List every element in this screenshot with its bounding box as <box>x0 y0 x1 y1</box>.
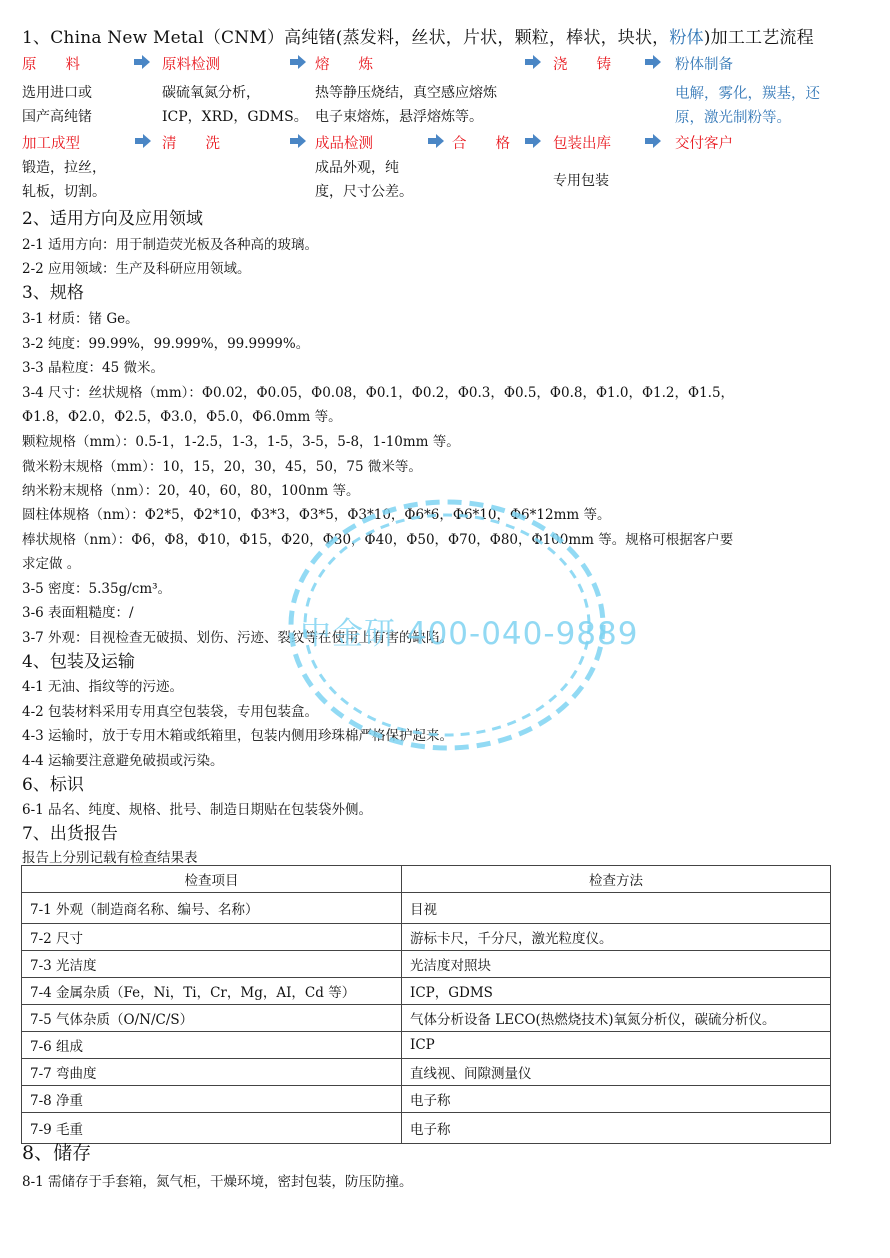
table-cell-method: 光洁度对照块 <box>402 951 831 978</box>
section-item: 6-1 品名、纯度、规格、批号、制造日期贴在包装袋外侧。 <box>22 798 372 818</box>
section-item: Φ1.8，Φ2.0，Φ2.5，Φ3.0，Φ5.0，Φ6.0mm 等。 <box>22 405 342 425</box>
table-cell-method: 电子称 <box>402 1086 831 1113</box>
table-row: 7-8 净重 电子称 <box>22 1086 831 1113</box>
section-item: 4-4 运输要注意避免破损或污染。 <box>22 749 224 769</box>
table-cell-item: 7-6 组成 <box>22 1032 402 1059</box>
section-item: 2-1 适用方向：用于制造荧光板及各种高的玻璃。 <box>22 233 318 253</box>
flow-desc: 度，尺寸公差。 <box>315 181 413 201</box>
section-item: 微米粉末规格（mm）：10，15，20，30，45，50，75 微米等。 <box>22 455 422 475</box>
flow-desc: 碳硫氧氮分析， <box>162 82 260 102</box>
column-header-item: 检查项目 <box>22 866 402 893</box>
table-row: 7-7 弯曲度 直线视、间隙测量仪 <box>22 1059 831 1086</box>
flow-step-packaging: 包装出库 <box>553 132 611 153</box>
right-arrow-icon <box>290 134 306 148</box>
title-highlight: 粉体 <box>669 28 703 48</box>
flow-step-final-inspection: 成品检测 <box>315 132 373 153</box>
right-arrow-icon <box>645 55 661 69</box>
section-item: 4-2 包装材料采用专用真空包装袋，专用包装盒。 <box>22 700 318 720</box>
table-cell-item: 7-1 外观（制造商名称、编号、名称） <box>22 893 402 924</box>
table-cell-method: 目视 <box>402 893 831 924</box>
flow-desc: 电子束熔炼，悬浮熔炼等。 <box>315 106 483 126</box>
right-arrow-icon <box>525 134 541 148</box>
section-heading: 4、包装及运输 <box>22 647 135 672</box>
table-row: 7-1 外观（制造商名称、编号、名称） 目视 <box>22 893 831 924</box>
section-item: 2-2 应用领域：生产及科研应用领域。 <box>22 257 251 277</box>
table-header-row: 检查项目 检查方法 <box>22 866 831 893</box>
section-item: 3-1 材质：锗 Ge。 <box>22 307 139 327</box>
right-arrow-icon <box>525 55 541 69</box>
flow-step-qualified: 合 格 <box>452 132 510 153</box>
document-title: 1、China New Metal（CNM）高纯锗(蒸发料，丝状，片状，颗粒，棒… <box>22 23 814 48</box>
report-intro: 报告上分别记载有检查结果表 <box>22 846 198 866</box>
section-heading: 6、标识 <box>22 770 84 795</box>
table-cell-item: 7-2 尺寸 <box>22 924 402 951</box>
flow-step-powder-prep: 粉体制备 <box>675 53 733 74</box>
flow-step-raw-inspection: 原料检测 <box>162 53 220 74</box>
table-cell-item: 7-4 金属杂质（Fe，Ni，Ti，Cr，Mg，AI，Cd 等） <box>22 978 402 1005</box>
section-item: 8-1 需储存于手套箱，氮气柜，干燥环境，密封包装，防压防撞。 <box>22 1170 413 1190</box>
right-arrow-icon <box>645 134 661 148</box>
table-row: 7-2 尺寸 游标卡尺，千分尺，激光粒度仪。 <box>22 924 831 951</box>
flow-desc: 锻造，拉丝， <box>22 157 106 177</box>
column-header-method: 检查方法 <box>402 866 831 893</box>
section-item: 3-2 纯度：99.99%，99.999%，99.9999%。 <box>22 332 309 352</box>
title-prefix: 1、China New Metal（CNM）高纯锗(蒸发料，丝状，片状，颗粒，棒… <box>22 28 669 48</box>
right-arrow-icon <box>135 134 151 148</box>
section-heading: 8、储存 <box>22 1138 91 1165</box>
flow-desc: 原，激光制粉等。 <box>675 106 791 127</box>
flow-desc: 轧板，切割。 <box>22 181 106 201</box>
table-cell-method: ICP <box>402 1032 831 1059</box>
table-cell-item: 7-7 弯曲度 <box>22 1059 402 1086</box>
table-row: 7-4 金属杂质（Fe，Ni，Ti，Cr，Mg，AI，Cd 等） ICP，GDM… <box>22 978 831 1005</box>
section-item: 求定做 。 <box>22 552 80 572</box>
flow-step-delivery: 交付客户 <box>675 132 733 153</box>
table-cell-item: 7-3 光洁度 <box>22 951 402 978</box>
section-item: 4-3 运输时，放于专用木箱或纸箱里，包装内侧用珍珠棉严格保护起来。 <box>22 724 453 744</box>
flow-desc: 专用包装 <box>553 170 609 190</box>
right-arrow-icon <box>134 55 150 69</box>
section-item: 圆柱体规格（nm）：Φ2*5，Φ2*10，Φ3*3，Φ3*5，Φ3*10，Φ6*… <box>22 503 610 523</box>
right-arrow-icon <box>428 134 444 148</box>
flow-desc: 国产高纯锗 <box>22 106 92 126</box>
flow-desc: 选用进口或 <box>22 82 92 102</box>
section-item: 4-1 无油、指纹等的污迹。 <box>22 675 183 695</box>
table-cell-item: 7-5 气体杂质（O/N/C/S） <box>22 1005 402 1032</box>
table-row: 7-6 组成 ICP <box>22 1032 831 1059</box>
flow-desc: ICP，XRD，GDMS。 <box>162 106 308 126</box>
flow-step-cleaning: 清 洗 <box>162 132 220 153</box>
section-item: 纳米粉末规格（nm）：20，40，60，80，100nm 等。 <box>22 479 360 499</box>
flow-desc: 成品外观，纯 <box>315 157 399 177</box>
table-cell-method: ICP，GDMS <box>402 978 831 1005</box>
section-item: 3-6 表面粗糙度：/ <box>22 601 134 621</box>
flow-step-raw-material: 原 料 <box>22 53 80 74</box>
table-cell-method: 电子称 <box>402 1113 831 1144</box>
section-heading: 3、规格 <box>22 278 84 303</box>
flow-desc: 热等静压烧结，真空感应熔炼 <box>315 82 497 102</box>
table-cell-method: 游标卡尺，千分尺，激光粒度仪。 <box>402 924 831 951</box>
section-item: 3-5 密度：5.35g/cm³。 <box>22 577 171 597</box>
right-arrow-icon <box>290 55 306 69</box>
section-heading: 2、适用方向及应用领域 <box>22 204 203 229</box>
table-row: 7-3 光洁度 光洁度对照块 <box>22 951 831 978</box>
section-heading: 7、出货报告 <box>22 819 118 844</box>
table-cell-method: 气体分析设备 LECO(热燃烧技术)氧氮分析仪，碳硫分析仪。 <box>402 1005 831 1032</box>
table-row: 7-5 气体杂质（O/N/C/S） 气体分析设备 LECO(热燃烧技术)氧氮分析… <box>22 1005 831 1032</box>
table-cell-method: 直线视、间隙测量仪 <box>402 1059 831 1086</box>
watermark-text: 中金研 400-040-9889 <box>300 608 638 653</box>
section-item: 3-3 晶粒度：45 微米。 <box>22 356 164 376</box>
flow-step-casting: 浇 铸 <box>553 53 611 74</box>
flow-step-forming: 加工成型 <box>22 132 80 153</box>
flow-step-smelting: 熔 炼 <box>315 53 373 74</box>
flow-desc: 电解，雾化，羰基，还 <box>675 82 820 103</box>
section-item: 颗粒规格（mm）：0.5-1，1-2.5，1-3，1-5，3-5，5-8，1-1… <box>22 430 460 450</box>
table-row: 7-9 毛重 电子称 <box>22 1113 831 1144</box>
section-item: 棒状规格（nm）：Φ6，Φ8，Φ10，Φ15，Φ20，Φ30，Φ40，Φ50，Φ… <box>22 528 733 548</box>
inspection-table: 检查项目 检查方法 7-1 外观（制造商名称、编号、名称） 目视 7-2 尺寸 … <box>21 865 831 1144</box>
section-item: 3-4 尺寸：丝状规格（mm）：Φ0.02，Φ0.05，Φ0.08，Φ0.1，Φ… <box>22 381 734 401</box>
title-suffix: )加工工艺流程 <box>704 28 814 48</box>
table-cell-item: 7-8 净重 <box>22 1086 402 1113</box>
